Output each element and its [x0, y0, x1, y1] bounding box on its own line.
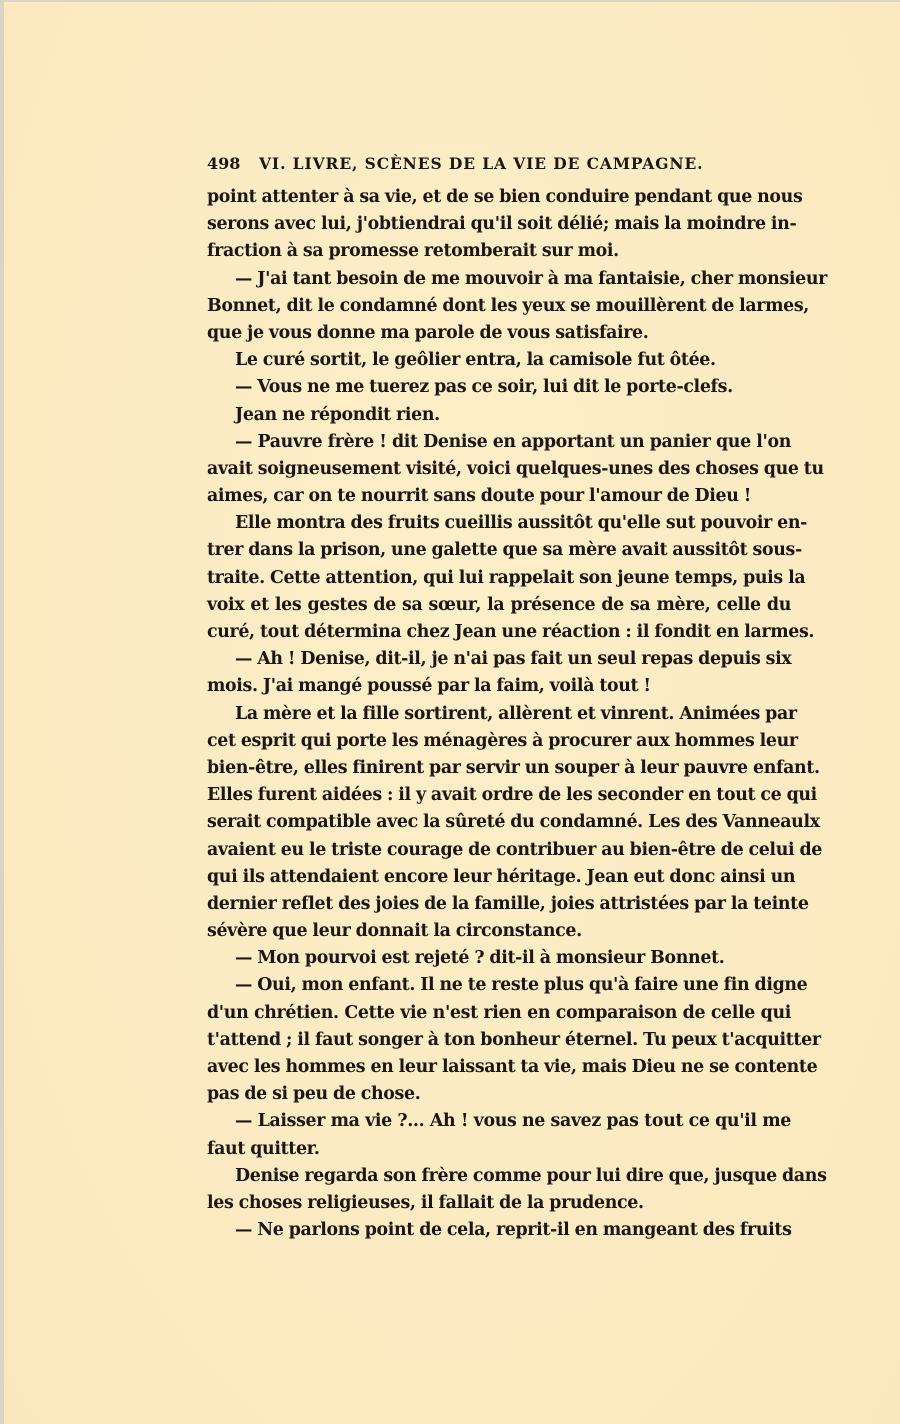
text-line: sévère que leur donnait la circonstance. — [207, 918, 791, 945]
paragraph: — Mon pourvoi est rejeté ? dit-il à mons… — [207, 945, 791, 972]
text-line: dernier reflet des joies de la famille, … — [207, 891, 791, 918]
text-line: — Mon pourvoi est rejeté ? dit-il à mons… — [207, 945, 791, 972]
paragraph: La mère et la fille sortirent, allèrent … — [207, 701, 791, 946]
text-line: Le curé sortit, le geôlier entra, la cam… — [207, 347, 791, 374]
text-line: voix et les gestes de sa sœur, la présen… — [207, 592, 791, 619]
text-line: aimes, car on te nourrit sans doute pour… — [207, 483, 791, 510]
text-line: Elles furent aidées : il y avait ordre d… — [207, 782, 791, 809]
paragraph: point attenter à sa vie, et de se bien c… — [207, 184, 791, 266]
text-line: serait compatible avec la sûreté du cond… — [207, 809, 791, 836]
paragraph: — Ah ! Denise, dit-il, je n'ai pas fait … — [207, 646, 791, 700]
text-line: les choses religieuses, il fallait de la… — [207, 1190, 791, 1217]
text-line: avec les hommes en leur laissant ta vie,… — [207, 1054, 791, 1081]
text-line: traite. Cette attention, qui lui rappela… — [207, 565, 791, 592]
text-line: fraction à sa promesse retomberait sur m… — [207, 238, 791, 265]
book-page: 498 VI. LIVRE, SCÈNES DE LA VIE DE CAMPA… — [4, 2, 900, 1424]
text-line: — Vous ne me tuerez pas ce soir, lui dit… — [207, 374, 791, 401]
text-line: t'attend ; il faut songer à ton bonheur … — [207, 1027, 791, 1054]
paragraph: Le curé sortit, le geôlier entra, la cam… — [207, 347, 791, 374]
paragraph: — Oui, mon enfant. Il ne te reste plus q… — [207, 972, 791, 1108]
text-line: — Ne parlons point de cela, reprit-il en… — [207, 1217, 791, 1244]
text-line: — Pauvre frère ! dit Denise en apportant… — [207, 429, 791, 456]
text-line: — Laisser ma vie ?... Ah ! vous ne savez… — [207, 1108, 791, 1135]
text-line: avaient eu le triste courage de contribu… — [207, 837, 791, 864]
text-line: Bonnet, dit le condamné dont les yeux se… — [207, 293, 791, 320]
text-line: — Oui, mon enfant. Il ne te reste plus q… — [207, 972, 791, 999]
paragraph: — Vous ne me tuerez pas ce soir, lui dit… — [207, 374, 791, 401]
paragraph: Jean ne répondit rien. — [207, 402, 791, 429]
paragraph: — J'ai tant besoin de me mouvoir à ma fa… — [207, 266, 791, 348]
paragraph: — Laisser ma vie ?... Ah ! vous ne savez… — [207, 1108, 791, 1162]
text-line: avait soigneusement visité, voici quelqu… — [207, 456, 791, 483]
page-number: 498 — [207, 154, 259, 173]
text-line: bien-être, elles finirent par servir un … — [207, 755, 791, 782]
paragraph: — Ne parlons point de cela, reprit-il en… — [207, 1217, 791, 1244]
body-text: point attenter à sa vie, et de se bien c… — [207, 184, 791, 1244]
text-line: La mère et la fille sortirent, allèrent … — [207, 701, 791, 728]
text-line: — Ah ! Denise, dit-il, je n'ai pas fait … — [207, 646, 791, 673]
text-line: Denise regarda son frère comme pour lui … — [207, 1163, 791, 1190]
text-line: pas de si peu de chose. — [207, 1081, 791, 1108]
text-block: 498 VI. LIVRE, SCÈNES DE LA VIE DE CAMPA… — [207, 154, 791, 1244]
text-line: mois. J'ai mangé poussé par la faim, voi… — [207, 673, 791, 700]
text-line: d'un chrétien. Cette vie n'est rien en c… — [207, 1000, 791, 1027]
text-line: cet esprit qui porte les ménagères à pro… — [207, 728, 791, 755]
text-line: Elle montra des fruits cueillis aussitôt… — [207, 510, 791, 537]
text-line: point attenter à sa vie, et de se bien c… — [207, 184, 791, 211]
text-line: — J'ai tant besoin de me mouvoir à ma fa… — [207, 266, 791, 293]
text-line: faut quitter. — [207, 1136, 791, 1163]
paragraph: — Pauvre frère ! dit Denise en apportant… — [207, 429, 791, 511]
paragraph: Denise regarda son frère comme pour lui … — [207, 1163, 791, 1217]
text-line: Jean ne répondit rien. — [207, 402, 791, 429]
running-head: 498 VI. LIVRE, SCÈNES DE LA VIE DE CAMPA… — [207, 154, 791, 184]
paragraph: Elle montra des fruits cueillis aussitôt… — [207, 510, 791, 646]
text-line: serons avec lui, j'obtiendrai qu'il soit… — [207, 211, 791, 238]
text-line: curé, tout détermina chez Jean une réact… — [207, 619, 791, 646]
text-line: que je vous donne ma parole de vous sati… — [207, 320, 791, 347]
text-line: qui ils attendaient encore leur héritage… — [207, 864, 791, 891]
running-title: VI. LIVRE, SCÈNES DE LA VIE DE CAMPAGNE. — [259, 154, 791, 173]
text-line: trer dans la prison, une galette que sa … — [207, 537, 791, 564]
